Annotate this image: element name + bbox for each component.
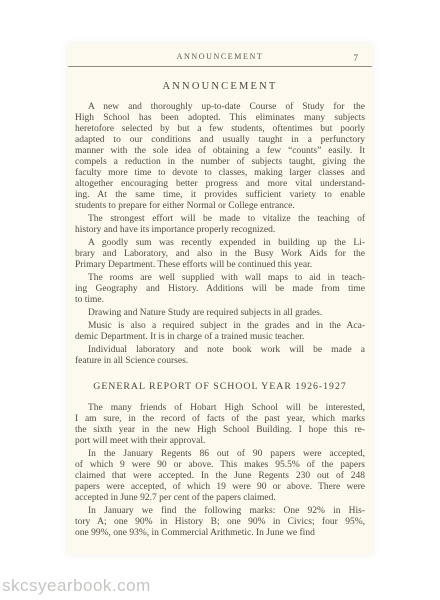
text-line: demic Department. It is in charge of a t…: [75, 332, 365, 343]
text-line: accepted in June 92.7 per cent of the pa…: [75, 493, 365, 504]
text-line: Individual laboratory and note book work…: [75, 345, 365, 356]
text-line: The many friends of Hobart High School w…: [75, 403, 365, 414]
announcement-heading: ANNOUNCEMENT: [68, 81, 372, 92]
text-line: ing Geography and History. Additions wil…: [75, 284, 365, 295]
text-line: one 99%, one 93%, in Commercial Arithmet…: [75, 528, 365, 539]
text-line: of which 9 were 90 or above. This makes …: [75, 460, 365, 471]
text-line: to time.: [75, 295, 365, 306]
paragraph: The many friends of Hobart High School w…: [75, 403, 365, 447]
text-line: The strongest effort will be made to vit…: [75, 214, 365, 225]
page-header: ANNOUNCEMENT 7: [68, 52, 372, 65]
text-line: A goodly sum was recently expended in bu…: [75, 238, 365, 249]
text-line: students to prepare for either Normal or…: [75, 201, 365, 212]
text-line: manner with the sole idea of obtaining a…: [75, 146, 365, 157]
paragraph: A new and thoroughly up-to-date Course o…: [75, 102, 365, 212]
text-line: The rooms are well supplied with wall ma…: [75, 273, 365, 284]
text-line: High School has been adopted. This elimi…: [75, 113, 365, 124]
report-heading: GENERAL REPORT OF SCHOOL YEAR 1926-1927: [75, 381, 365, 392]
paragraph: Individual laboratory and note book work…: [75, 345, 365, 367]
paragraph: The strongest effort will be made to vit…: [75, 214, 365, 236]
page-number: 7: [354, 53, 359, 63]
text-line: Music is also a required subject in the …: [75, 321, 365, 332]
text-line: heretofore selected by but a few student…: [75, 124, 365, 135]
text-line: faculty more time to devote to classes, …: [75, 168, 365, 179]
text-line: Drawing and Nature Study are required su…: [75, 308, 365, 319]
text-line: the sixth year in the new High School Bu…: [75, 425, 365, 436]
text-line: altogether encouraging better progress a…: [75, 179, 365, 190]
text-line: history and have its importance properly…: [75, 225, 365, 236]
text-line: brary and Laboratory, and also in the Bu…: [75, 249, 365, 260]
text-line: In the January Regents 86 out of 90 pape…: [75, 449, 365, 460]
text-line: In January we find the following marks: …: [75, 506, 365, 517]
text-line: I am sure, in the record of facts of the…: [75, 414, 365, 425]
text-line: tory A; one 90% in History B; one 90% in…: [75, 517, 365, 528]
watermark-text: skcsyearbook.com: [2, 576, 151, 596]
text-line: adapted to our conditions and usually ta…: [75, 135, 365, 146]
paragraph: The rooms are well supplied with wall ma…: [75, 273, 365, 306]
text-line: papers were accepted, of which 19 were 9…: [75, 482, 365, 493]
text-line: Primary Department. These efforts will b…: [75, 260, 365, 271]
running-head-title: ANNOUNCEMENT: [68, 52, 372, 61]
page-body: A new and thoroughly up-to-date Course o…: [75, 102, 365, 539]
scanned-page: ANNOUNCEMENT 7 ANNOUNCEMENT A new and th…: [68, 44, 372, 554]
paragraph: In January we find the following marks: …: [75, 506, 365, 539]
paragraph: Drawing and Nature Study are required su…: [75, 308, 365, 319]
text-line: port will meet with their approval.: [75, 436, 365, 447]
paragraph: Music is also a required subject in the …: [75, 321, 365, 343]
text-line: ing. At the same time, it provides suffi…: [75, 190, 365, 201]
paragraph: In the January Regents 86 out of 90 pape…: [75, 449, 365, 504]
text-line: A new and thoroughly up-to-date Course o…: [75, 102, 365, 113]
text-line: claimed that were accepted. In the June …: [75, 471, 365, 482]
header-rule: [68, 66, 372, 67]
text-line: compels a reduction in the number of sub…: [75, 157, 365, 168]
paragraph: A goodly sum was recently expended in bu…: [75, 238, 365, 271]
text-line: feature in all Science courses.: [75, 356, 365, 367]
